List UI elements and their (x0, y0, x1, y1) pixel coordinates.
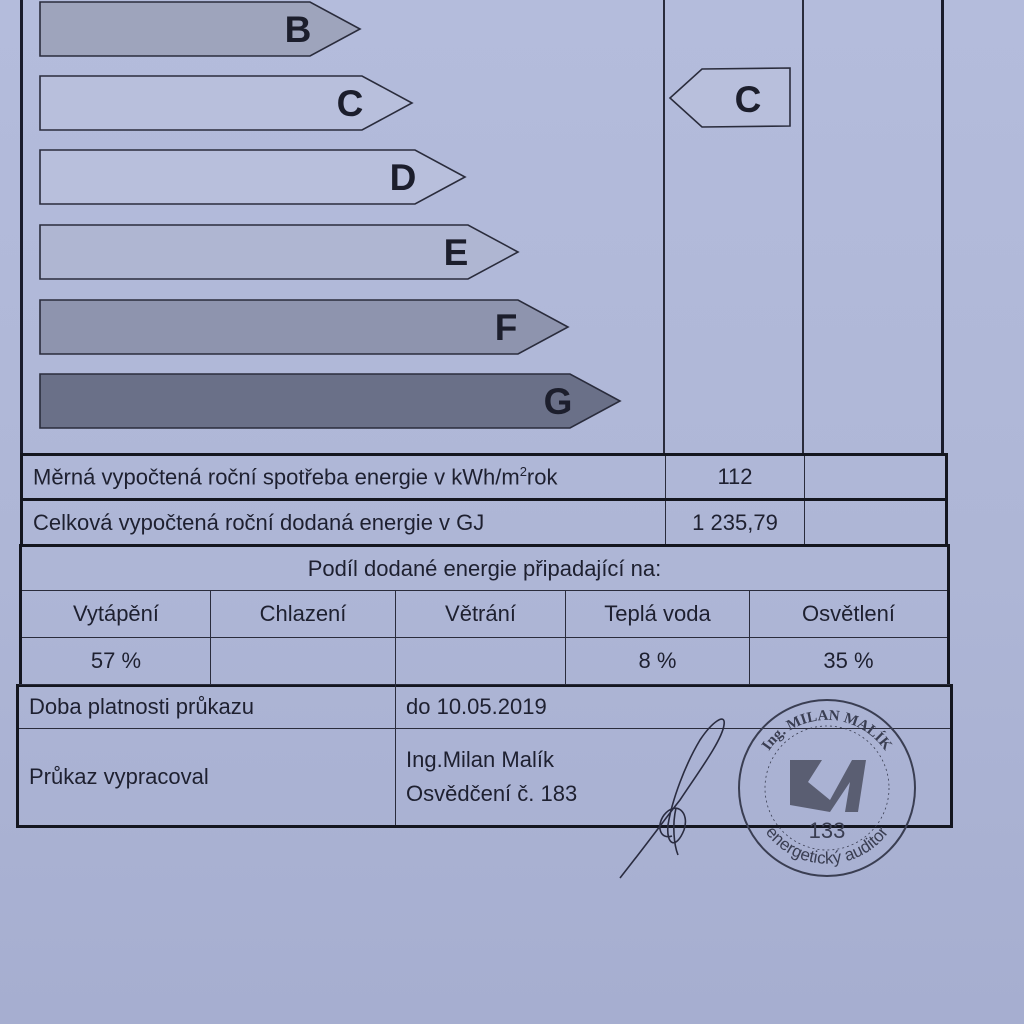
share-value-lighting: 35 % (750, 638, 949, 686)
svg-text:C: C (337, 83, 364, 124)
author-details: Ing.Milan Malík Osvědčení č. 183 (396, 729, 952, 827)
share-header-cooling: Chlazení (211, 591, 396, 638)
total-energy-row: Celková vypočtená roční dodaná energie v… (22, 500, 947, 545)
svg-text:C: C (735, 79, 762, 120)
svg-text:B: B (285, 9, 312, 50)
share-header-hot-water: Teplá voda (566, 591, 750, 638)
svg-text:F: F (495, 307, 518, 348)
svg-text:D: D (390, 157, 417, 198)
energy-class-scale: BCDEFGC (0, 0, 1024, 460)
specific-consumption-row: Měrná vypočtená roční spotřeba energie v… (22, 455, 947, 500)
total-energy-empty (805, 500, 947, 545)
share-value-cooling (211, 638, 396, 686)
share-value-hot-water: 8 % (566, 638, 750, 686)
specific-consumption-value: 112 (666, 455, 805, 500)
specific-consumption-label: Měrná vypočtená roční spotřeba energie v… (22, 455, 666, 500)
energy-share-table: Podíl dodané energie připadající na: Vyt… (19, 544, 950, 687)
share-header-ventilation: Větrání (396, 591, 566, 638)
validity-row: Doba platnosti průkazu do 10.05.2019 (18, 685, 952, 729)
author-name: Ing.Milan Malík (406, 743, 940, 777)
energy-share-header-row: Vytápění Chlazení Větrání Teplá voda Osv… (21, 591, 949, 638)
total-energy-label: Celková vypočtená roční dodaná energie v… (22, 500, 666, 545)
energy-rating-marker: C (670, 68, 790, 127)
author-label: Průkaz vypracoval (18, 729, 396, 827)
energy-class-f-arrow: F (40, 300, 568, 354)
validity-value: do 10.05.2019 (396, 685, 952, 729)
specific-consumption-empty (805, 455, 947, 500)
energy-share-value-row: 57 % 8 % 35 % (21, 638, 949, 686)
energy-share-title: Podíl dodané energie připadající na: (21, 546, 949, 591)
energy-class-b-arrow: B (40, 2, 360, 56)
share-header-heating: Vytápění (21, 591, 211, 638)
energy-class-c-arrow: C (40, 76, 412, 130)
validity-label: Doba platnosti průkazu (18, 685, 396, 729)
energy-class-g-arrow: G (40, 374, 620, 428)
certificate-info-table: Doba platnosti průkazu do 10.05.2019 Prů… (16, 684, 953, 828)
total-energy-value: 1 235,79 (666, 500, 805, 545)
stamp-bottom-text: energetický auditor (762, 823, 892, 868)
metrics-table: Měrná vypočtená roční spotřeba energie v… (20, 453, 948, 545)
svg-text:E: E (444, 232, 469, 273)
share-value-ventilation (396, 638, 566, 686)
author-certificate: Osvědčení č. 183 (406, 777, 940, 811)
energy-class-d-arrow: D (40, 150, 465, 204)
share-value-heating: 57 % (21, 638, 211, 686)
share-header-lighting: Osvětlení (750, 591, 949, 638)
svg-text:G: G (544, 381, 573, 422)
energy-class-e-arrow: E (40, 225, 518, 279)
author-row: Průkaz vypracoval Ing.Milan Malík Osvědč… (18, 729, 952, 827)
